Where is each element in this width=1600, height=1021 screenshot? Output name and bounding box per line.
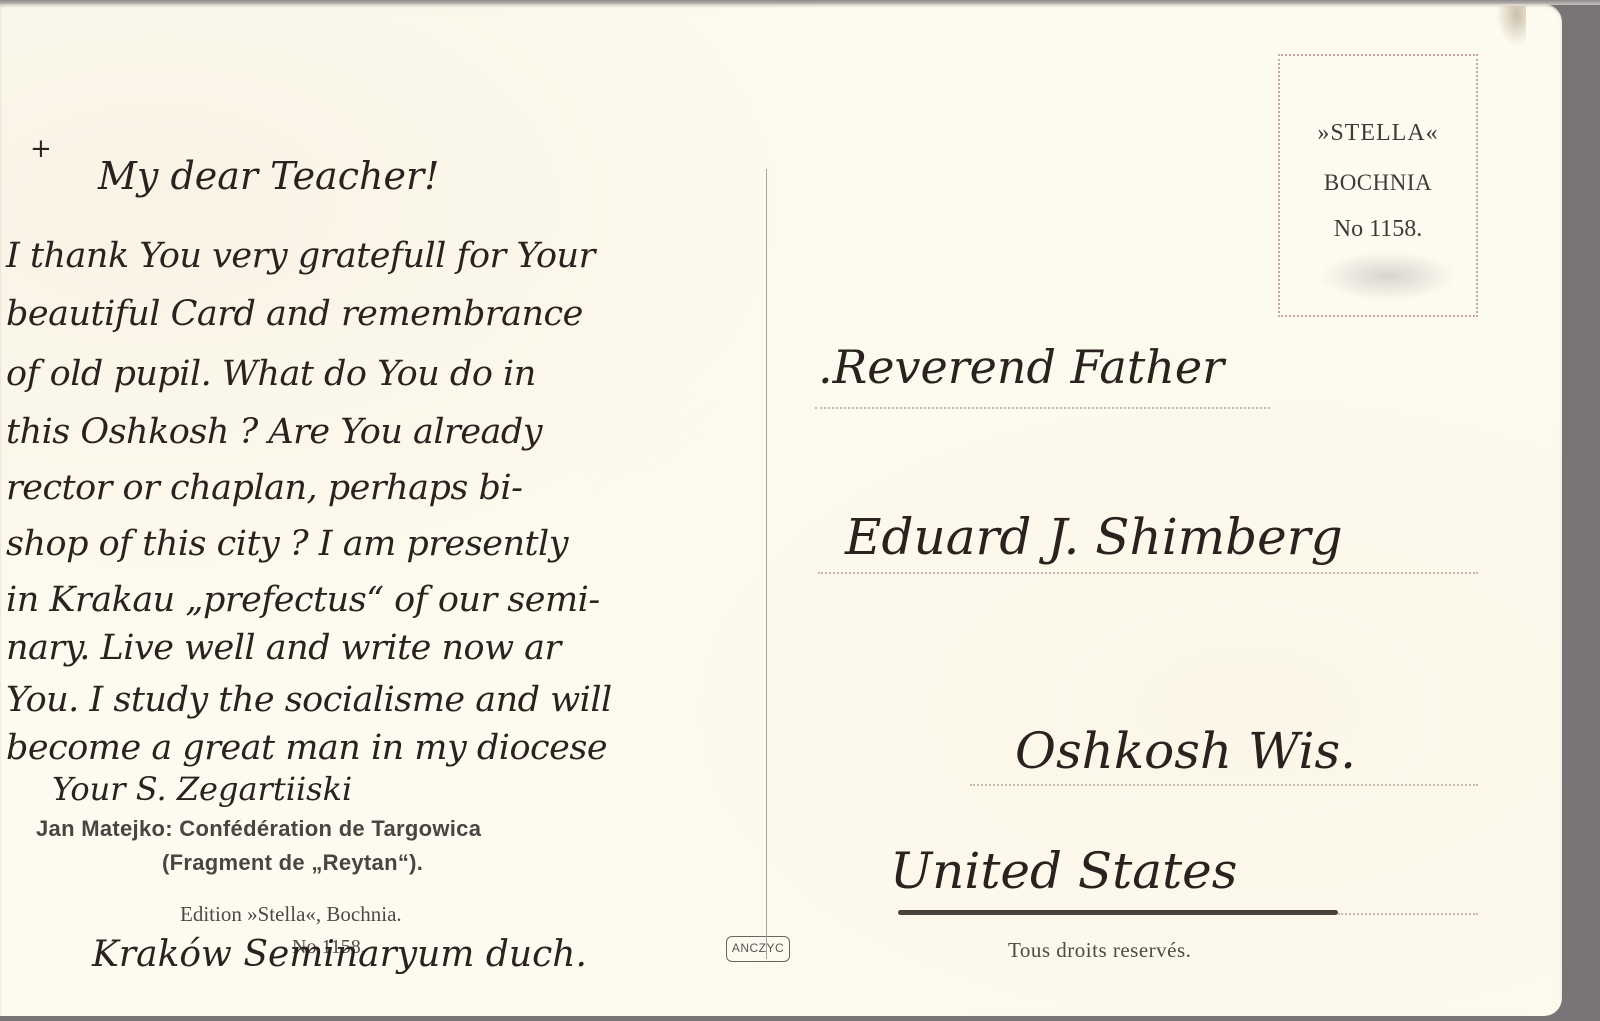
printer-mark: ANCZYC <box>726 936 790 962</box>
edition-text: Edition »Stella«, Bochnia. <box>180 902 402 927</box>
message-line: become a great man in my diocese <box>6 728 607 768</box>
message-line: beautiful Card and remembrance <box>6 294 583 334</box>
address-rule-1 <box>815 407 1270 409</box>
stamp-number: No 1158. <box>1280 216 1476 243</box>
address-line-3: Oshkosh Wis. <box>1015 722 1356 780</box>
message-line: in Krakau „prefectus“ of our semi- <box>6 580 600 620</box>
caption-title: Jan Matejko: Confédération de Targowica <box>36 816 481 842</box>
center-divider <box>766 169 767 959</box>
address-line-1: .Reverend Father <box>818 340 1224 394</box>
stamp-publisher: »STELLA« <box>1280 120 1476 147</box>
stamp-box: »STELLA« BOCHNIA No 1158. <box>1278 54 1478 317</box>
underline-stroke <box>898 910 1338 915</box>
message-line: I thank You very gratefull for Your <box>6 236 595 276</box>
salutation: My dear Teacher! <box>98 154 439 198</box>
message-line: rector or chaplan, perhaps bi- <box>6 468 522 508</box>
message-line: You. I study the socialisme and will <box>6 680 612 720</box>
stamp-city: BOCHNIA <box>1280 170 1476 196</box>
signature: Your S. Zegartiiski <box>52 770 352 808</box>
ink-smudge <box>1318 251 1458 301</box>
cross-mark: + <box>30 134 52 164</box>
message-line: of old pupil. What do You do in <box>6 354 536 394</box>
address-rule-3 <box>970 784 1478 786</box>
closing-place: Kraków Seminaryum duch. <box>92 934 587 975</box>
address-line-4: United States <box>890 842 1237 900</box>
message-line: shop of this city ? I am presently <box>6 524 568 564</box>
rights-reserved: Tous droits reservés. <box>1008 938 1191 963</box>
address-line-2: Eduard J. Shimberg <box>845 508 1343 566</box>
message-line: this Oshkosh ? Are You already <box>6 412 542 452</box>
postcard-back: + My dear Teacher! I thank You very grat… <box>0 4 1562 1016</box>
corner-wear <box>1496 6 1526 46</box>
caption-subtitle: (Fragment de „Reytan“). <box>162 850 423 876</box>
address-rule-4 <box>1338 913 1478 915</box>
message-line: nary. Live well and write now ar <box>6 628 561 668</box>
address-rule-2 <box>818 572 1478 574</box>
